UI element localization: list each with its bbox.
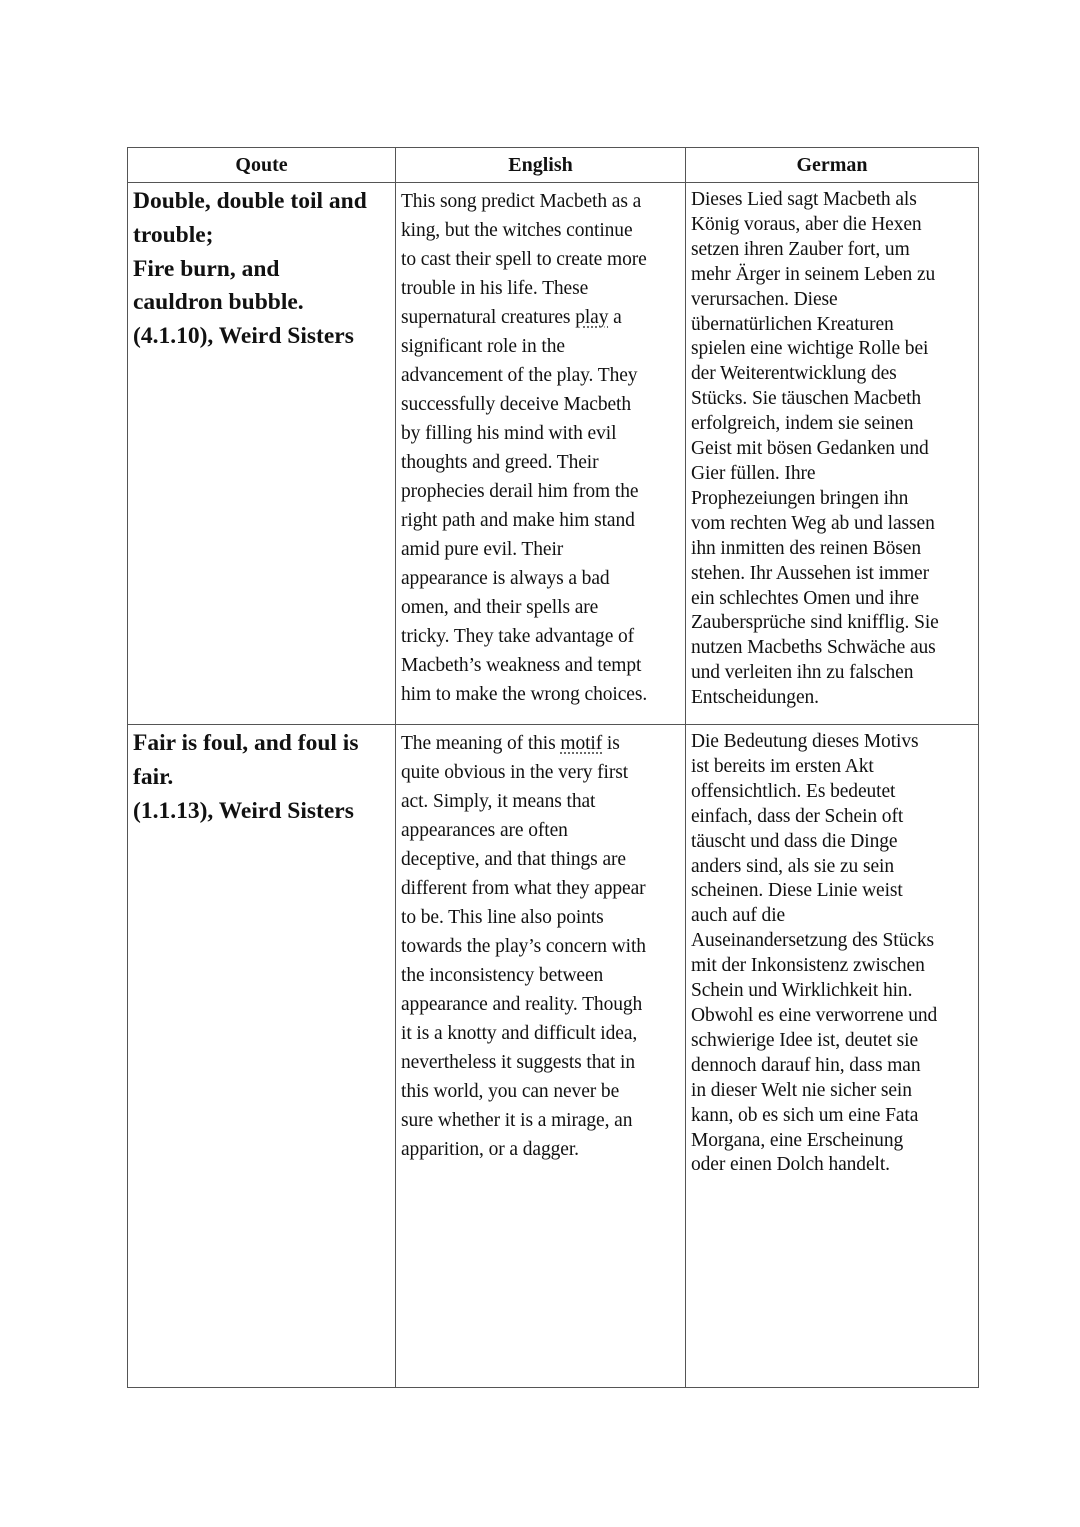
text-line: der Weiterentwicklung des <box>691 362 976 387</box>
quote-text: Fair is foul, and foul isfair.(1.1.13), … <box>128 725 395 828</box>
text-line: towards the play’s concern with <box>401 932 683 961</box>
text-line: Geist mit bösen Gedanken und <box>691 437 976 462</box>
text-line: Auseinandersetzung des Stücks <box>691 929 976 954</box>
text-line: scheinen. Diese Linie weist <box>691 879 976 904</box>
text-line: und verleiten ihn zu falschen <box>691 661 976 686</box>
text-line: mit der Inkonsistenz zwischen <box>691 954 976 979</box>
text-line: Prophezeiungen bringen ihn <box>691 487 976 512</box>
german-text: Die Bedeutung dieses Motivsist bereits i… <box>686 725 978 1178</box>
text-line: prophecies derail him from the <box>401 477 683 506</box>
english-text: The meaning of this motif isquite obviou… <box>396 725 685 1164</box>
text-line: oder einen Dolch handelt. <box>691 1153 976 1178</box>
text-line: erfolgreich, indem sie seinen <box>691 412 976 437</box>
text-line: the inconsistency between <box>401 961 683 990</box>
text-line: successfully deceive Macbeth <box>401 390 683 419</box>
header-english: English <box>396 148 686 183</box>
text-line: (1.1.13), Weird Sisters <box>133 795 391 829</box>
text-line: Fair is foul, and foul is <box>133 727 391 761</box>
text-line: different from what they appear <box>401 874 683 903</box>
text-line: cauldron bubble. <box>133 286 391 320</box>
text-line: ist bereits im ersten Akt <box>691 755 976 780</box>
document-page: Qoute English German Double, double toil… <box>0 0 1080 1527</box>
text-line: Macbeth’s weakness and tempt <box>401 651 683 680</box>
text-line: in dieser Welt nie sicher sein <box>691 1079 976 1104</box>
text-line: omen, and their spells are <box>401 593 683 622</box>
text-line: to cast their spell to create more <box>401 245 683 274</box>
text-line: sure whether it is a mirage, an <box>401 1106 683 1135</box>
text-line: this world, you can never be <box>401 1077 683 1106</box>
text-line: king, but the witches continue <box>401 216 683 245</box>
text-line: anders sind, als sie zu sein <box>691 855 976 880</box>
text-line: Entscheidungen. <box>691 686 976 711</box>
text-line: right path and make him stand <box>401 506 683 535</box>
quote-cell: Double, double toil andtrouble;Fire burn… <box>128 183 396 725</box>
text-line: nevertheless it suggests that in <box>401 1048 683 1077</box>
text-line: Double, double toil and <box>133 185 391 219</box>
text-line: Zaubersprüche sind knifflig. Sie <box>691 611 976 636</box>
text-line: significant role in the <box>401 332 683 361</box>
header-quote: Qoute <box>128 148 396 183</box>
text-line: auch auf die <box>691 904 976 929</box>
text-line: him to make the wrong choices. <box>401 680 683 709</box>
text-line: spielen eine wichtige Rolle bei <box>691 337 976 362</box>
text-line: dennoch darauf hin, dass man <box>691 1054 976 1079</box>
text-line: setzen ihren Zauber fort, um <box>691 238 976 263</box>
text-line: by filling his mind with evil <box>401 419 683 448</box>
text-line: it is a knotty and difficult idea, <box>401 1019 683 1048</box>
text-line: schwierige Idee ist, deutet sie <box>691 1029 976 1054</box>
table-header-row: Qoute English German <box>128 148 979 183</box>
german-cell: Dieses Lied sagt Macbeth alsKönig voraus… <box>686 183 979 725</box>
text-line: täuscht und dass die Dinge <box>691 830 976 855</box>
text-line: übernatürlichen Kreaturen <box>691 313 976 338</box>
text-line: trouble; <box>133 219 391 253</box>
text-line: advancement of the play. They <box>401 361 683 390</box>
quote-translation-table: Qoute English German Double, double toil… <box>127 147 979 1388</box>
text-line: The meaning of this motif is <box>401 729 683 758</box>
spellcheck-flagged-word: play <box>575 307 608 328</box>
table-row: Double, double toil andtrouble;Fire burn… <box>128 183 979 725</box>
text-line: appearance and reality. Though <box>401 990 683 1019</box>
text-line: supernatural creatures play a <box>401 303 683 332</box>
text-line: offensichtlich. Es bedeutet <box>691 780 976 805</box>
text-line: deceptive, and that things are <box>401 845 683 874</box>
text-line: to be. This line also points <box>401 903 683 932</box>
text-line: Dieses Lied sagt Macbeth als <box>691 188 976 213</box>
text-line: trouble in his life. These <box>401 274 683 303</box>
quote-cell: Fair is foul, and foul isfair.(1.1.13), … <box>128 725 396 1388</box>
text-line: apparition, or a dagger. <box>401 1135 683 1164</box>
text-line: appearances are often <box>401 816 683 845</box>
text-line: vom rechten Weg ab und lassen <box>691 512 976 537</box>
text-line: Obwohl es eine verworrene und <box>691 1004 976 1029</box>
text-line: ein schlechtes Omen und ihre <box>691 587 976 612</box>
english-cell: The meaning of this motif isquite obviou… <box>396 725 686 1388</box>
text-line: quite obvious in the very first <box>401 758 683 787</box>
english-text: This song predict Macbeth as aking, but … <box>396 183 685 709</box>
text-line: act. Simply, it means that <box>401 787 683 816</box>
text-line: König voraus, aber die Hexen <box>691 213 976 238</box>
table-row: Fair is foul, and foul isfair.(1.1.13), … <box>128 725 979 1388</box>
text-line: einfach, dass der Schein oft <box>691 805 976 830</box>
german-text: Dieses Lied sagt Macbeth alsKönig voraus… <box>686 183 978 711</box>
text-line: verursachen. Diese <box>691 288 976 313</box>
text-line: nutzen Macbeths Schwäche aus <box>691 636 976 661</box>
text-line: appearance is always a bad <box>401 564 683 593</box>
text-line: mehr Ärger in seinem Leben zu <box>691 263 976 288</box>
text-line: Stücks. Sie täuschen Macbeth <box>691 387 976 412</box>
text-line: thoughts and greed. Their <box>401 448 683 477</box>
text-line: Schein und Wirklichkeit hin. <box>691 979 976 1004</box>
text-line: Gier füllen. Ihre <box>691 462 976 487</box>
text-line: ihn inmitten des reinen Bösen <box>691 537 976 562</box>
text-line: Die Bedeutung dieses Motivs <box>691 730 976 755</box>
text-line: Fire burn, and <box>133 253 391 287</box>
text-line: amid pure evil. Their <box>401 535 683 564</box>
english-cell: This song predict Macbeth as aking, but … <box>396 183 686 725</box>
text-line: (4.1.10), Weird Sisters <box>133 320 391 354</box>
quote-text: Double, double toil andtrouble;Fire burn… <box>128 183 395 354</box>
text-line: stehen. Ihr Aussehen ist immer <box>691 562 976 587</box>
text-line: tricky. They take advantage of <box>401 622 683 651</box>
text-line: Morgana, eine Erscheinung <box>691 1129 976 1154</box>
header-german: German <box>686 148 979 183</box>
german-cell: Die Bedeutung dieses Motivsist bereits i… <box>686 725 979 1388</box>
text-line: fair. <box>133 761 391 795</box>
text-line: kann, ob es sich um eine Fata <box>691 1104 976 1129</box>
spellcheck-flagged-word: motif <box>560 733 602 754</box>
text-line: This song predict Macbeth as a <box>401 187 683 216</box>
